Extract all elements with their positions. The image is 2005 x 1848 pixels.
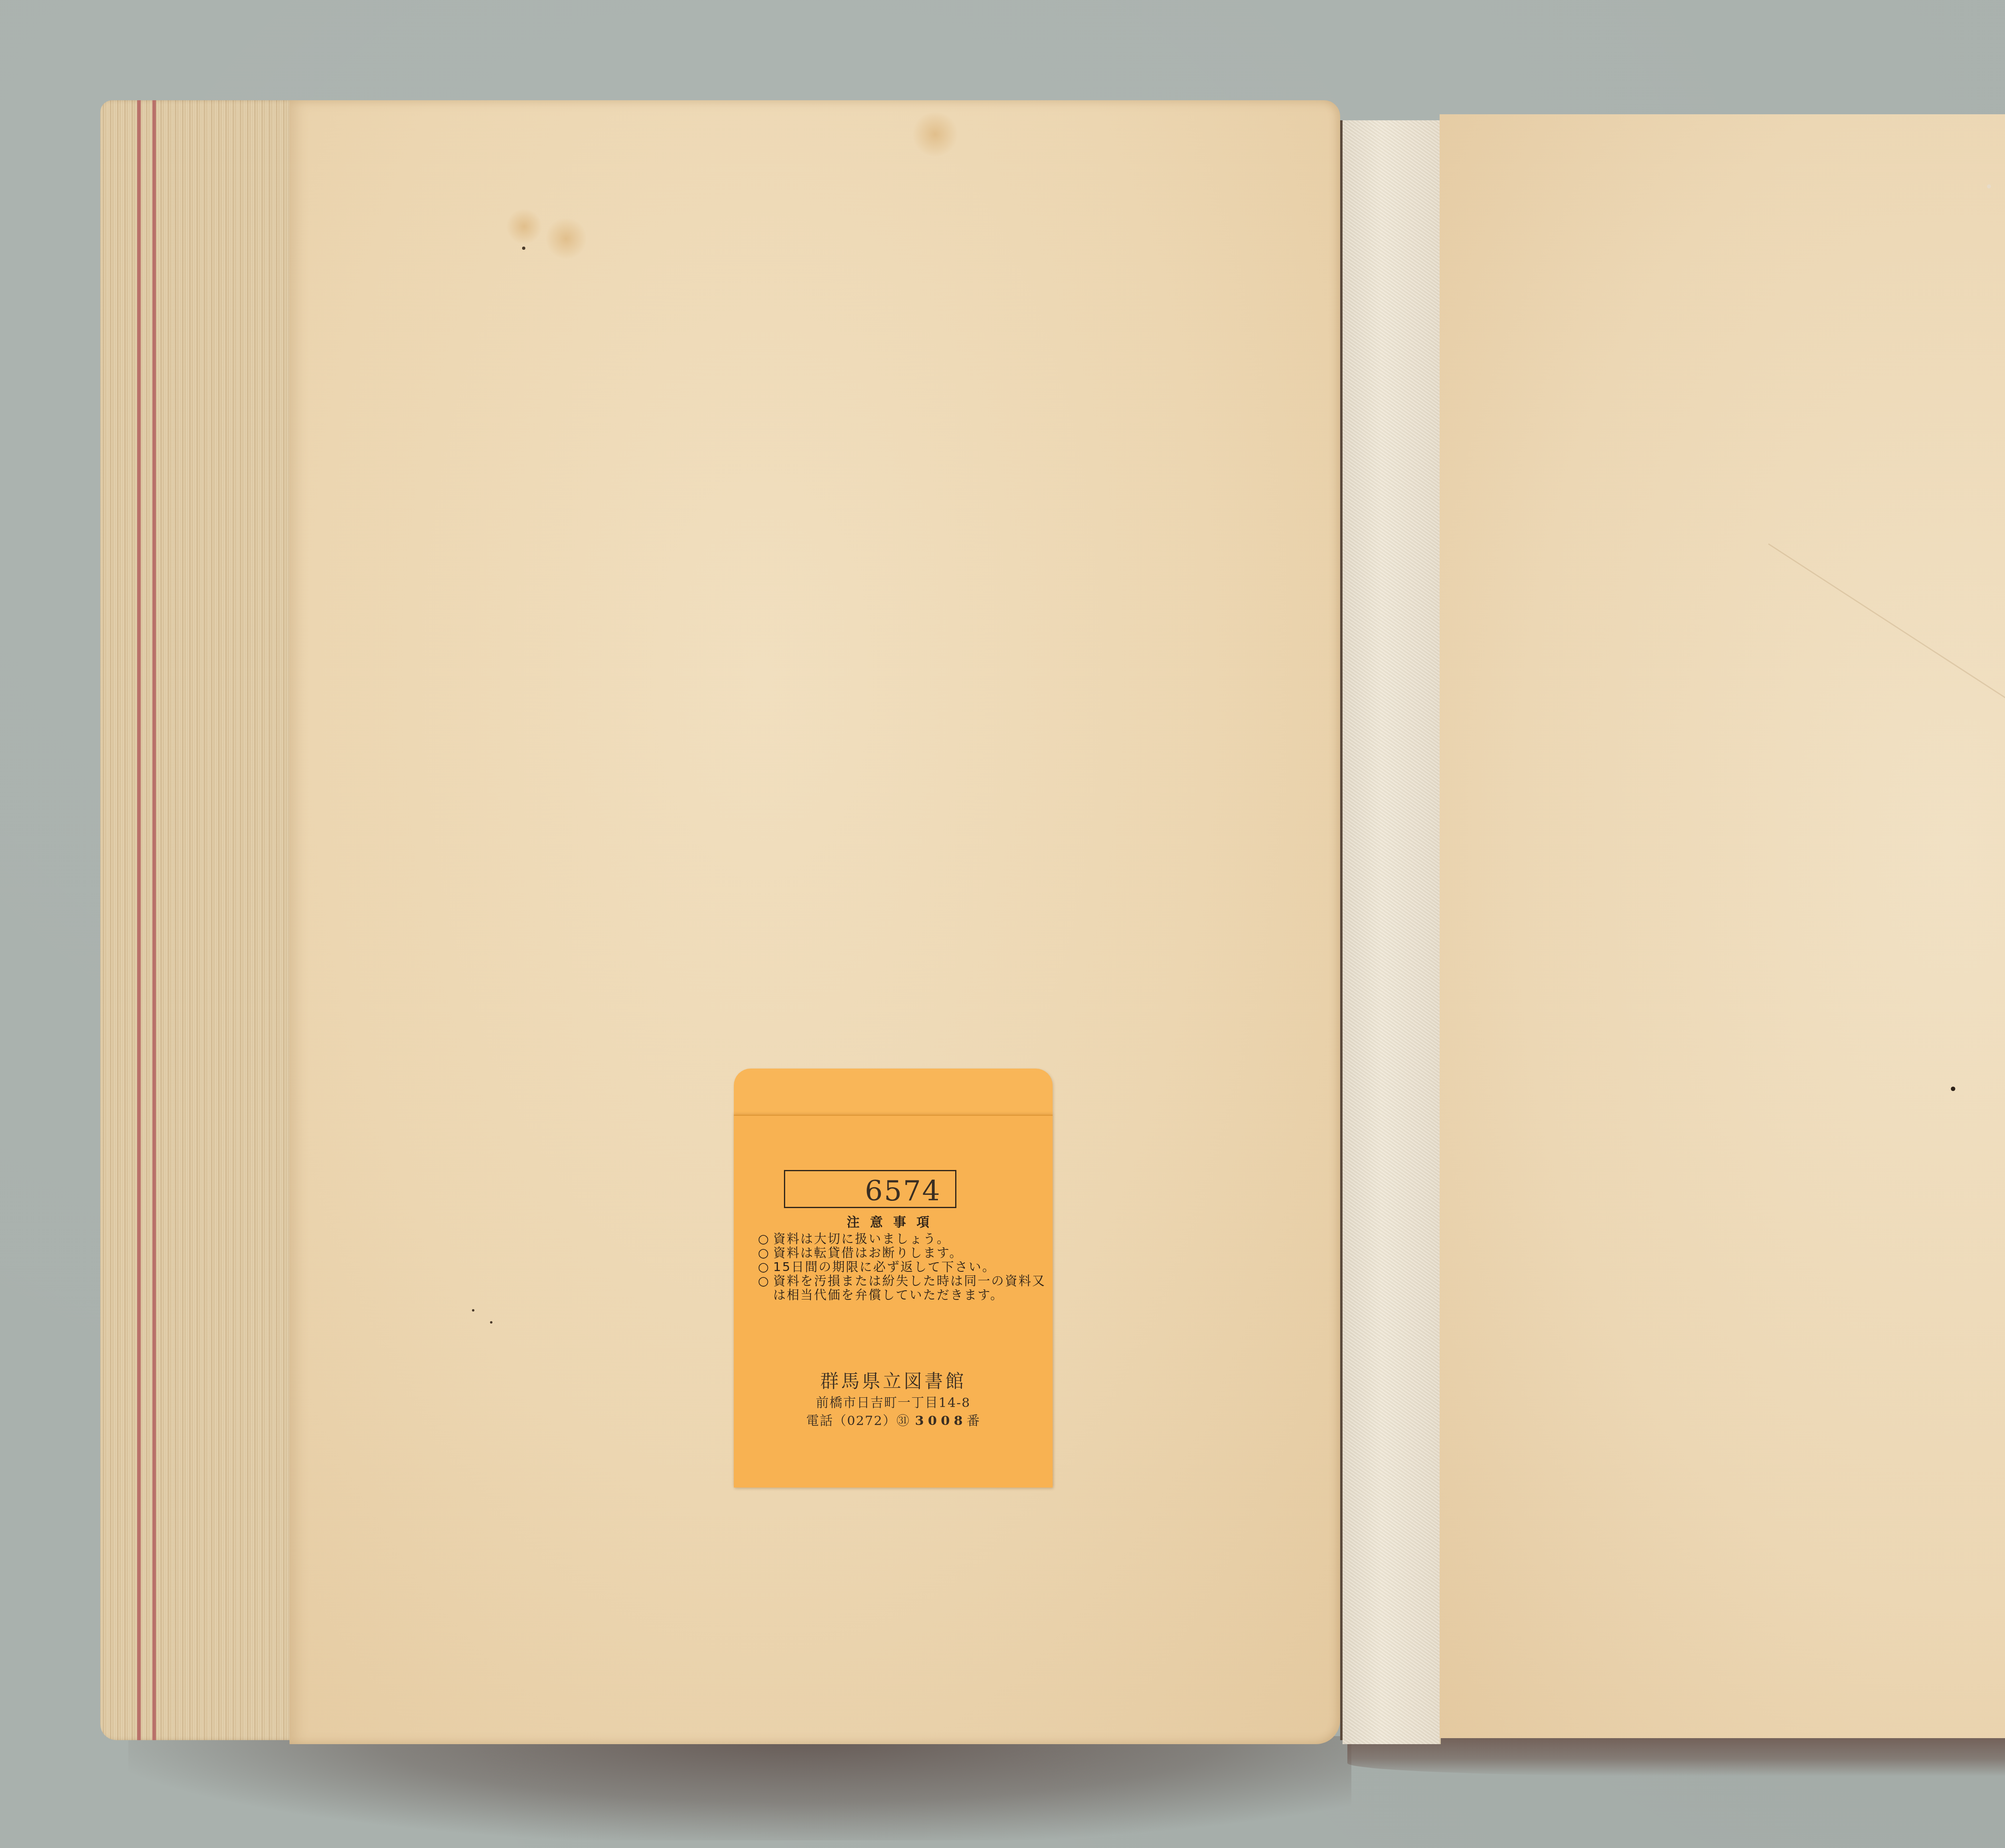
spine-cloth-hinge <box>1343 120 1441 1744</box>
ink-speck <box>472 1309 474 1312</box>
circle-bullet-icon: ○ <box>758 1274 770 1288</box>
ink-speck <box>490 1321 492 1324</box>
notice-rule: ○ 資料を汚損または紛失した時は同一の資料又は相当代価を弁償していただきます。 <box>758 1274 1047 1302</box>
notice-rule: ○ 資料は大切に扱いましょう。 <box>758 1232 1047 1246</box>
red-page-edge-line <box>137 100 141 1740</box>
library-address: 前橋市日吉町一丁目14-8 <box>734 1393 1053 1411</box>
card-pocket-front: 6574 注意事項 ○ 資料は大切に扱いましょう。 ○ 資料は転貸借はお断りしま… <box>734 1115 1053 1488</box>
ink-speck <box>522 247 525 250</box>
foxing-stain <box>546 217 586 261</box>
notice-rule: ○ 15日間の期限に必ず返して下さい。 <box>758 1260 1047 1274</box>
call-number-box: 6574 <box>784 1170 956 1208</box>
call-number: 6574 <box>865 1174 941 1207</box>
book-shadow-left <box>128 1736 1351 1840</box>
left-endpaper-page <box>290 100 1340 1744</box>
paper-speck <box>1987 184 1991 188</box>
library-card-pocket: 6574 注意事項 ○ 資料は大切に扱いましょう。 ○ 資料は転貸借はお断りしま… <box>734 1069 1053 1488</box>
circle-bullet-icon: ○ <box>758 1232 770 1246</box>
red-page-edge-line <box>152 100 156 1740</box>
page-edge-stack <box>100 100 293 1740</box>
library-phone: 電話（0272）㉛ 3008番 <box>734 1411 1053 1429</box>
ink-speck <box>1951 1087 1955 1091</box>
circle-bullet-icon: ○ <box>758 1246 770 1260</box>
paper-crease <box>1768 543 2005 719</box>
notice-rule: ○ 資料は転貸借はお断りします。 <box>758 1246 1047 1260</box>
foxing-stain <box>506 208 542 245</box>
book-shadow-right <box>1347 1732 2005 1776</box>
right-endpaper-page <box>1440 114 2005 1738</box>
foxing-stain <box>911 112 959 156</box>
library-name: 群馬県立図書館 <box>734 1366 1053 1393</box>
notice-title: 注意事項 <box>734 1212 1053 1231</box>
circle-bullet-icon: ○ <box>758 1260 770 1274</box>
notice-rules-list: ○ 資料は大切に扱いましょう。 ○ 資料は転貸借はお断りします。 ○ 15日間の… <box>758 1232 1047 1302</box>
